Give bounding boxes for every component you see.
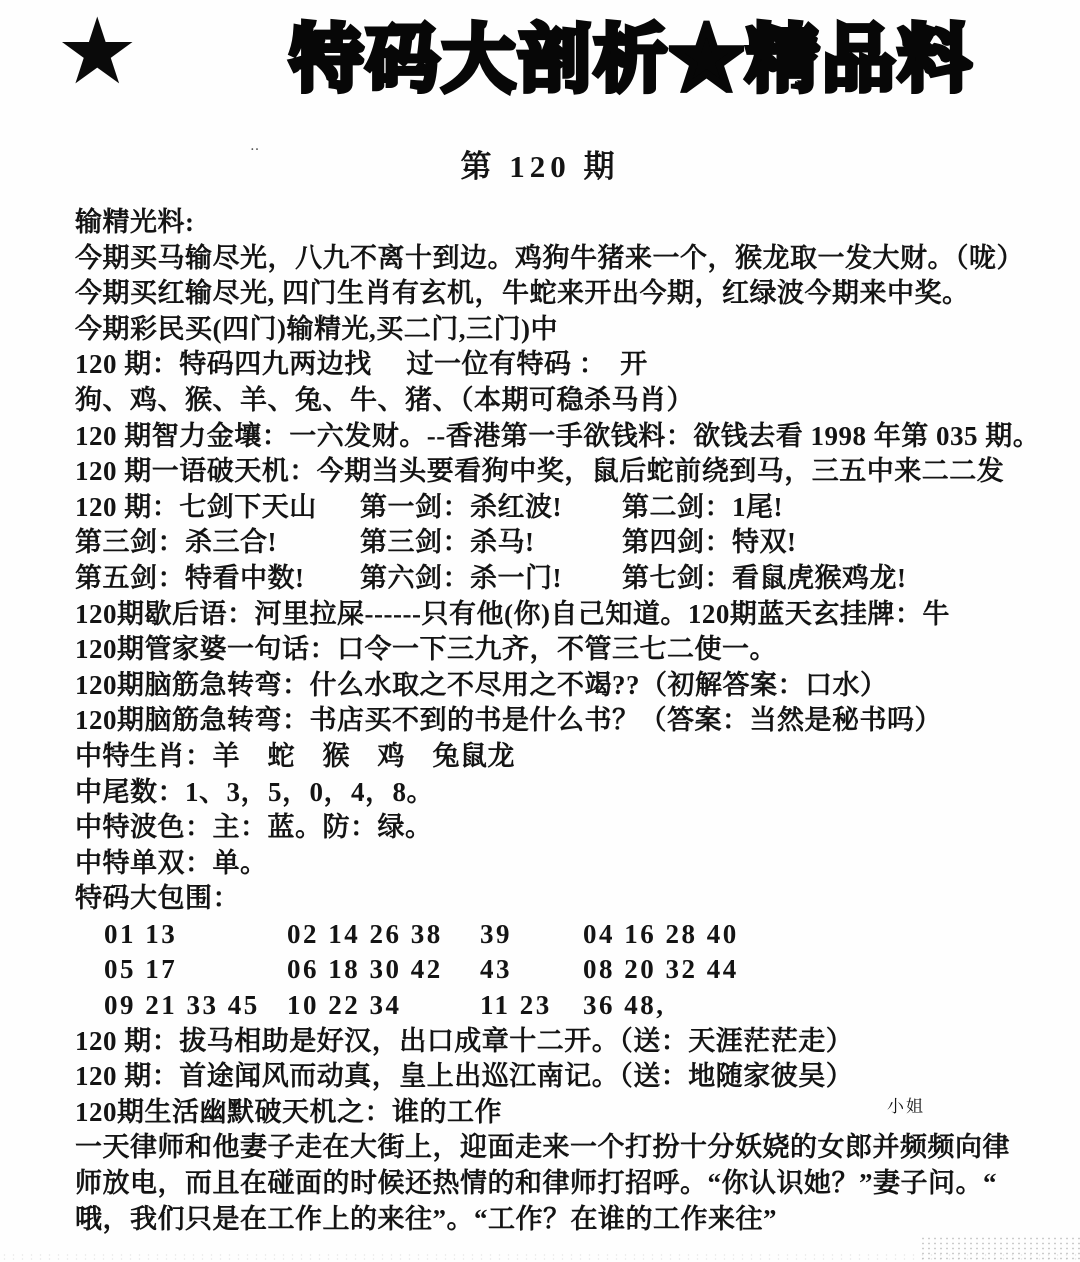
sheet-header: ★ 特码大剖析★精品料 ‥ 第 120 期 — [0, 0, 1080, 205]
number-group: 06 18 30 42 — [287, 952, 480, 988]
text-segment: 120期脑筋急转弯：书店买不到的书是什么书？（答案：当然是秘书吗） — [75, 705, 942, 735]
text-segment: 一天律师和他妻子走在大街上，迎面走来一个打扮十分妖娆的女郎并频频向律 — [75, 1132, 1010, 1162]
text-segment: 期：特码四九两边找 过一位有特码 ： 开 — [117, 349, 648, 379]
text-line: 120期管家婆一句话：口令一下三九齐，不管三七二使一。 — [75, 632, 1025, 668]
text-line: 中特波色：主：蓝。防：绿。 — [75, 810, 1025, 846]
issue-number: 第 120 期 — [0, 141, 1080, 186]
text-line: 一天律师和他妻子走在大街上，迎面走来一个打扮十分妖娆的女郎并频频向律 — [75, 1130, 1025, 1166]
number-row: 09 21 33 4510 22 3411 2336 48, — [75, 988, 1025, 1024]
text-segment: 中特波色：主：蓝。防：绿。 — [75, 812, 433, 842]
text-line: 120期脑筋急转弯：什么水取之不尽用之不竭??（初解答案：口水） — [75, 668, 1025, 704]
text-segment: 狗、鸡、猴、羊、兔、牛、猪、（本期可稳杀马肖） — [75, 385, 694, 415]
text-line: 今期彩民买(四门)输精光,买二门,三门)中 — [75, 312, 1025, 348]
text-line: 特码大包围： — [75, 881, 1025, 917]
scanned-lottery-sheet: ★ 特码大剖析★精品料 ‥ 第 120 期 输精光料:今期买马输尽光，八九不离十… — [0, 0, 1080, 1262]
text-segment: 120期歇后语：河里拉屎------只有他(你)自己知道。120期蓝天玄挂牌：牛 — [75, 599, 950, 629]
sword-col: 第一剑：杀红波! — [360, 490, 622, 526]
text-line: 中特生肖：羊 蛇 猴 鸡 兔鼠龙 — [75, 739, 1025, 775]
text-segment: 哦，我们只是在工作上的来往”。“工作？在谁的工作来往” — [75, 1204, 777, 1234]
page-title: 特码大剖析★精品料 — [290, 14, 974, 105]
sword-col: 第三剑：杀三合! — [75, 525, 360, 561]
text-segment: 120 期：拔马相助是好汉，出口成章十二开。（送：天涯茫茫走） — [75, 1026, 853, 1056]
text-line: 中特单双：单。 — [75, 846, 1025, 882]
scan-noise-strip — [0, 1253, 1080, 1262]
text-line: 狗、鸡、猴、羊、兔、牛、猪、（本期可稳杀马肖） — [75, 383, 1025, 419]
text-segment: 120 期一语破天机：今期当头要看狗中奖，鼠后蛇前绕到马，三五中来二二发 — [75, 456, 1004, 486]
text-segment: 中特单双：单。 — [75, 848, 268, 878]
text-segment: 120 期：首途闻风而动真，皇上出巡江南记。（送：地随家彼吴） — [75, 1061, 853, 1091]
number-group: 43 — [480, 952, 583, 988]
sword-row: 第五剑：特看中数!第六剑：杀一门!第七剑：看鼠虎猴鸡龙! — [75, 561, 1025, 597]
number-group: 09 21 33 45 — [104, 988, 287, 1024]
number-group: 08 20 32 44 — [583, 952, 739, 988]
number-group: 39 — [480, 917, 583, 953]
text-segment: 120期管家婆一句话：口令一下三九齐，不管三七二使一。 — [75, 634, 777, 664]
text-line: 120期歇后语：河里拉屎------只有他(你)自己知道。120期蓝天玄挂牌：牛 — [75, 597, 1025, 633]
side-note: 小姐 — [887, 1098, 925, 1115]
number-group: 10 22 34 — [287, 988, 480, 1024]
number-row: 05 1706 18 30 424308 20 32 44 — [75, 952, 1025, 988]
sword-col: 第四剑：特双! — [622, 525, 797, 561]
text-line: 师放电，而且在碰面的时候还热情的和律师打招呼。“你认识她？”妻子问。“ — [75, 1166, 1025, 1202]
text-segment: 120 — [75, 349, 117, 379]
text-segment: 120 期智力金壤：一六发财。--香港第一手欲钱料：欲钱去看 1998 年第 0… — [75, 421, 1040, 451]
number-group: 05 17 — [104, 952, 287, 988]
text-segment: 中尾数：1、3，5，0，4，8。 — [75, 777, 434, 807]
text-line: 120 期一语破天机：今期当头要看狗中奖，鼠后蛇前绕到马，三五中来二二发 — [75, 454, 1025, 490]
number-row: 01 1302 14 26 383904 16 28 40 — [75, 917, 1025, 953]
text-line: 120 期：特码四九两边找 过一位有特码 ： 开 — [75, 347, 1025, 383]
sword-col: 第二剑：1尾! — [622, 490, 783, 526]
sword-row: 120 期：七剑下天山第一剑：杀红波!第二剑：1尾! — [75, 490, 1025, 526]
text-segment: 今期彩民买(四门)输精光,买二门,三门)中 — [75, 314, 558, 344]
sword-row: 第三剑：杀三合!第三剑：杀马!第四剑：特双! — [75, 525, 1025, 561]
number-group: 02 14 26 38 — [287, 917, 480, 953]
sword-col: 第六剑：杀一门! — [360, 561, 622, 597]
number-group: 04 16 28 40 — [583, 917, 739, 953]
number-group: 01 13 — [104, 917, 287, 953]
text-segment: 师放电，而且在碰面的时候还热情的和律师打招呼。“你认识她？”妻子问。“ — [75, 1168, 997, 1198]
number-group: 11 23 — [480, 988, 583, 1024]
text-line: 120期脑筋急转弯：书店买不到的书是什么书？（答案：当然是秘书吗） — [75, 703, 1025, 739]
text-line: 哦，我们只是在工作上的来往”。“工作？在谁的工作来往” — [75, 1202, 1025, 1238]
scan-noise-corner — [920, 1236, 1080, 1262]
text-line: 输精光料: — [75, 205, 1025, 241]
document-body: 输精光料:今期买马输尽光，八九不离十到边。鸡狗牛猪来一个，猴龙取一发大财。（咙）… — [75, 205, 1025, 1237]
sword-col: 第七剑：看鼠虎猴鸡龙! — [622, 561, 907, 597]
text-line: 120 期智力金壤：一六发财。--香港第一手欲钱料：欲钱去看 1998 年第 0… — [75, 419, 1025, 455]
text-segment: 120期脑筋急转弯：什么水取之不尽用之不竭??（初解答案：口水） — [75, 670, 888, 700]
text-segment: 中特生肖：羊 蛇 猴 鸡 兔鼠龙 — [75, 741, 515, 771]
star-icon: ★ — [56, 6, 138, 98]
text-segment: 今期买红输尽光, 四门生肖有玄机，牛蛇来开出今期，红绿波今期来中奖。 — [75, 278, 970, 308]
text-line: 120期生活幽默破天机之：谁的工作小姐 — [75, 1095, 1025, 1131]
text-line: 今期买红输尽光, 四门生肖有玄机，牛蛇来开出今期，红绿波今期来中奖。 — [75, 276, 1025, 312]
sword-col: 第五剑：特看中数! — [75, 561, 360, 597]
sword-col: 第三剑：杀马! — [360, 525, 622, 561]
text-segment: 特码大包围： — [75, 883, 240, 913]
text-line: 120 期：拔马相助是好汉，出口成章十二开。（送：天涯茫茫走） — [75, 1024, 1025, 1060]
text-line: 中尾数：1、3，5，0，4，8。 — [75, 775, 1025, 811]
text-segment: 120期生活幽默破天机之：谁的工作 — [75, 1097, 502, 1127]
number-group: 36 48, — [583, 988, 666, 1024]
text-segment: 输精光料: — [75, 207, 195, 237]
text-line: 120 期：首途闻风而动真，皇上出巡江南记。（送：地随家彼吴） — [75, 1059, 1025, 1095]
text-line: 今期买马输尽光，八九不离十到边。鸡狗牛猪来一个，猴龙取一发大财。（咙） — [75, 241, 1025, 277]
text-segment: 今期买马输尽光，八九不离十到边。鸡狗牛猪来一个，猴龙取一发大财。（咙） — [75, 243, 1024, 273]
sword-col: 120 期：七剑下天山 — [75, 490, 360, 526]
